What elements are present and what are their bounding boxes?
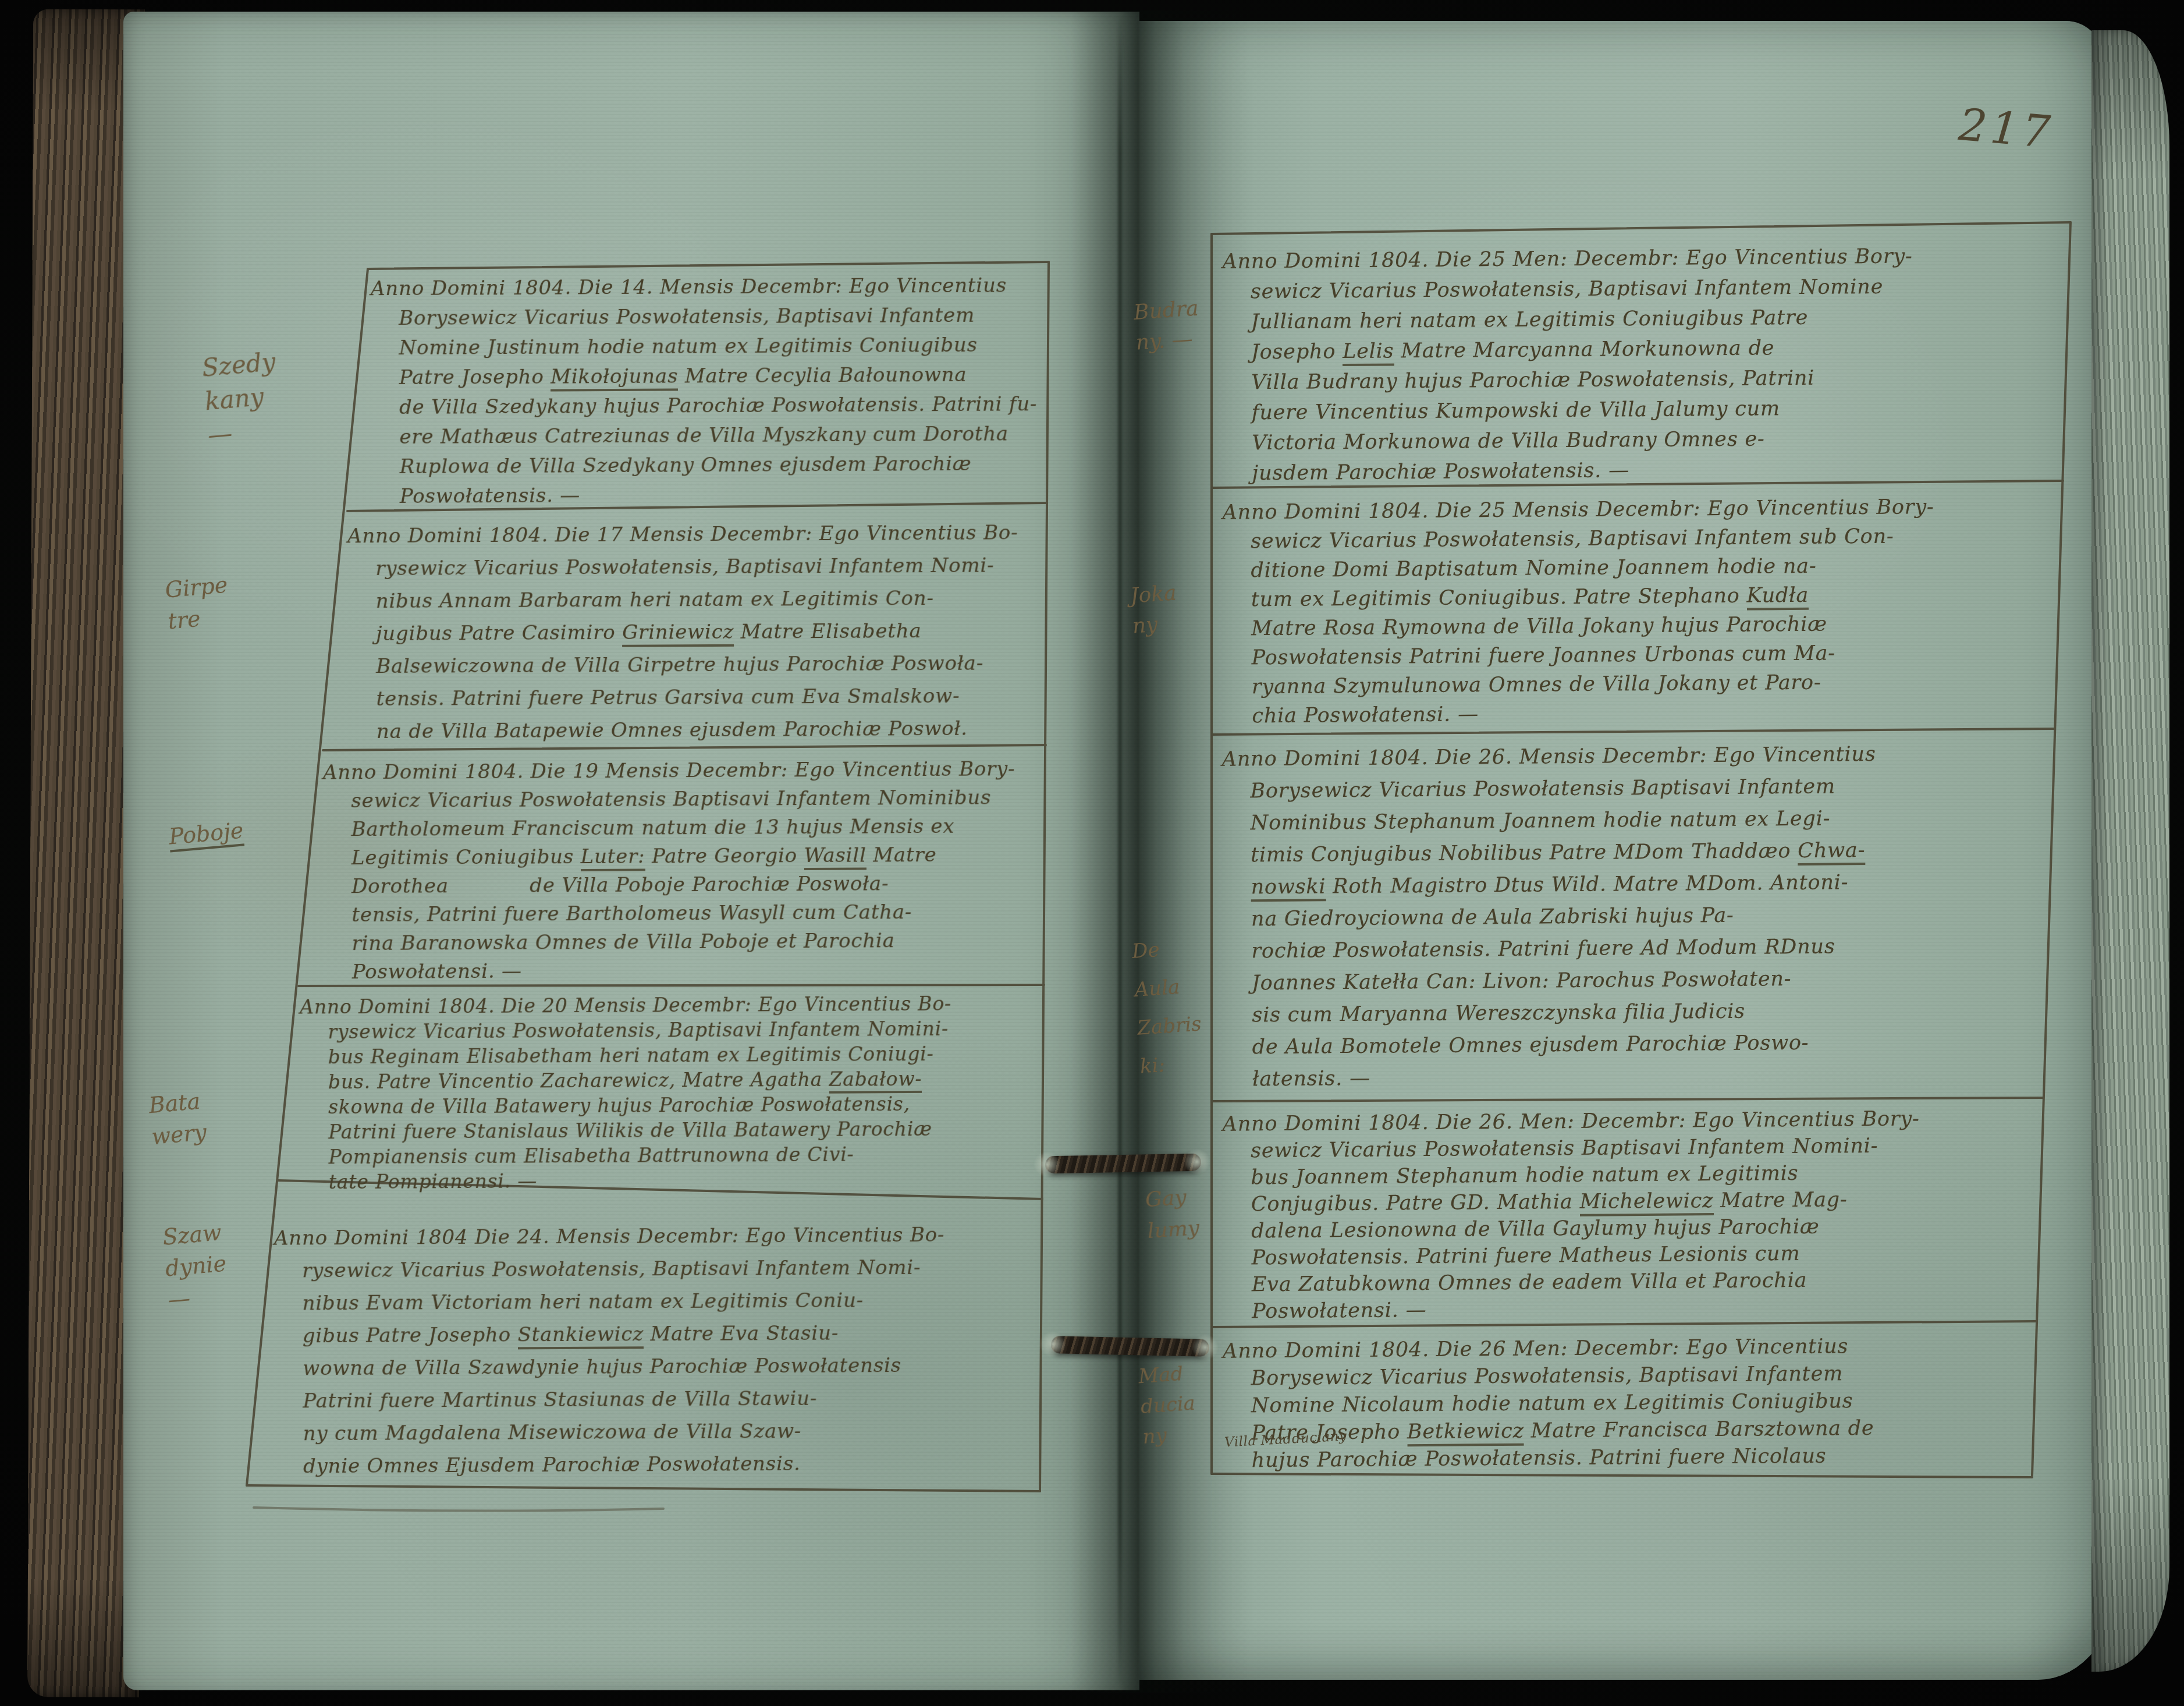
baptism-entry-right-4: Anno Domini 1804. Die 26. Men: Decembr: … — [1223, 1104, 2067, 1325]
baptism-entry-right-1: Anno Domini 1804. Die 25 Men: Decembr: E… — [1222, 240, 2066, 488]
margin-label-girpetre: Girpe tre — [164, 569, 232, 637]
margin-label-budrany: Budra ny. — — [1133, 293, 1202, 359]
margin-label-gaylumy: Gay lumy — [1144, 1181, 1201, 1247]
gutter-fold-line — [1118, 17, 1122, 1683]
baptism-entry-right-2: Anno Domini 1804. Die 25 Mensis Decembr:… — [1222, 491, 2066, 730]
margin-label-jokany: Joka ny — [1129, 578, 1179, 641]
binding-thread-bottom — [1051, 1336, 1210, 1357]
book-scan: 217 Szedy kany — Girpe tre Poboje Bata w… — [0, 0, 2184, 1706]
margin-label-szedykany: Szedy kany — — [201, 345, 283, 452]
baptism-entry-left-5: Anno Domini 1804 Die 24. Mensis Decembr:… — [274, 1218, 1068, 1482]
baptism-entry-left-1: Anno Domini 1804. Die 14. Mensis Decembr… — [371, 271, 1078, 512]
baptism-entry-left-4: Anno Domini 1804. Die 20 Mensis Decembr:… — [300, 991, 1071, 1195]
margin-label-de-aula-zabriski: De Aula Zabris ki: — [1131, 928, 1205, 1086]
margin-label-batawery: Bata wery — [147, 1085, 208, 1152]
margin-label-szawdynie: Szaw dynie — — [161, 1216, 230, 1316]
margin-label-poboje: Poboje — [168, 815, 245, 853]
baptism-entry-left-2: Anno Domini 1804. Die 17 Mensis Decembr:… — [347, 516, 1075, 749]
page-number: 217 — [1956, 98, 2055, 158]
margin-label-madduciany: Mad ducia ny — [1138, 1358, 1199, 1452]
baptism-entry-right-3: Anno Domini 1804. Die 26. Mensis Decembr… — [1222, 737, 2068, 1095]
baptism-entry-right-5: Anno Domini 1804. Die 26 Men: Decembr: E… — [1223, 1331, 2066, 1474]
baptism-entry-left-3: Anno Domini 1804. Die 19 Mensis Decembr:… — [323, 755, 1074, 987]
